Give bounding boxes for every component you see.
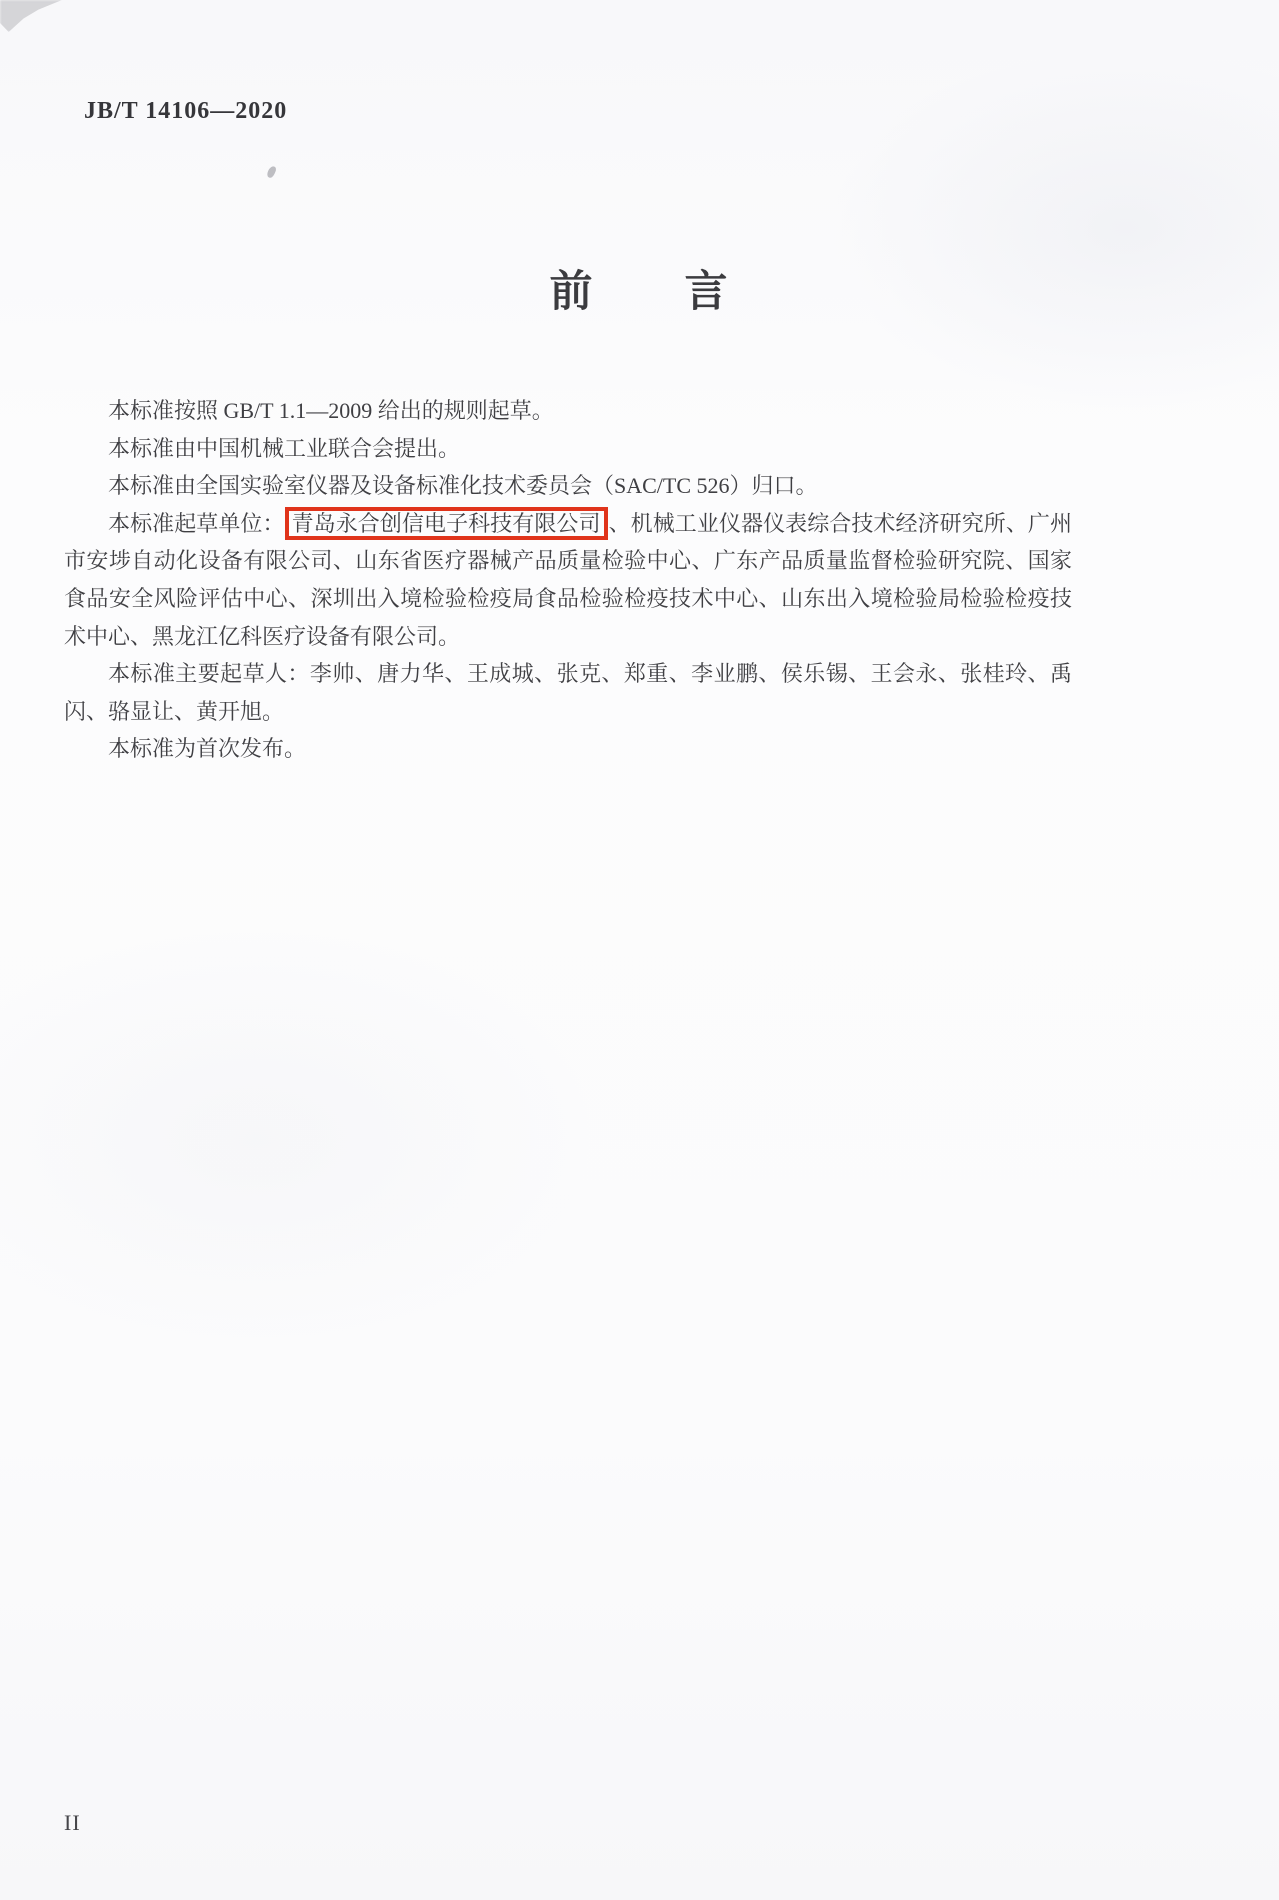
highlighted-company-red-box: 青岛永合创信电子科技有限公司 [285,507,608,540]
para-proposed-by: 本标准由中国机械工业联合会提出。 [64,430,1072,468]
para-centralized-by: 本标准由全国实验室仪器及设备标准化技术委员会（SAC/TC 526）归口。 [64,467,1072,505]
para-drafting-units: 本标准起草单位：青岛永合创信电子科技有限公司、机械工业仪器仪表综合技术经济研究所… [64,505,1072,655]
para-release-note: 本标准为首次发布。 [64,730,1072,768]
para-drafters: 本标准主要起草人：李帅、唐力华、王成城、张克、郑重、李业鹏、侯乐锡、王会永、张桂… [64,655,1072,730]
para-drafting-basis: 本标准按照 GB/T 1.1—2009 给出的规则起草。 [64,392,1072,430]
foreword-body: 本标准按照 GB/T 1.1—2009 给出的规则起草。 本标准由中国机械工业联… [64,392,1072,768]
scanned-document-page: JB/T 14106—2020 前 言 本标准按照 GB/T 1.1—2009 … [0,0,1279,1900]
standard-number: JB/T 14106—2020 [84,98,287,125]
drafting-units-prefix: 本标准起草单位： [108,511,285,536]
page-number: II [64,1810,81,1836]
scan-speck-artifact [266,165,277,179]
scan-smudge-artifact [0,0,62,32]
foreword-title: 前 言 [0,258,1279,319]
